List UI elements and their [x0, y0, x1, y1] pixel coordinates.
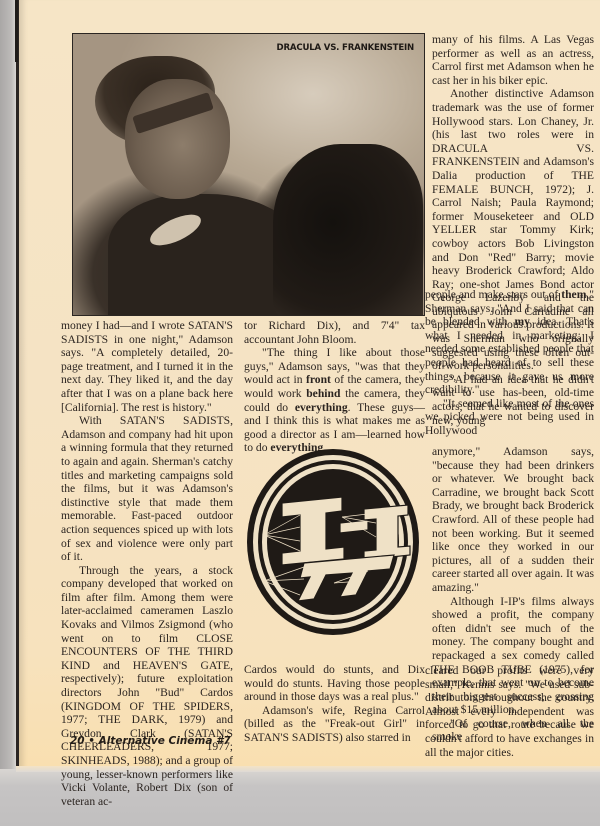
binding-edge [15, 0, 18, 62]
middle-column-bottom: Cardos would do stunts, and Dix would do… [244, 663, 425, 745]
paragraph: "The thing I like about those guys," Ada… [244, 346, 425, 455]
photo-figure-face [125, 79, 230, 199]
paragraph: "It seemed like most of the ones we pick… [425, 397, 594, 438]
right-column-bottom: cleared our profits were very small," Ke… [425, 664, 594, 759]
photo-fur-creature [273, 144, 423, 316]
paragraph: Cardos would do stunts, and Dix would do… [244, 663, 425, 704]
emphasis: them [561, 288, 586, 301]
photo-caption: DRACULA VS. FRANKENSTEIN [277, 43, 414, 53]
paragraph: people and make stars out of them," Sher… [425, 288, 594, 397]
paragraph: many of his films. A Las Vegas performer… [432, 33, 594, 87]
paragraph: anymore," Adamson says, "because they ha… [432, 445, 594, 595]
paragraph: With SATAN'S SADISTS, Adamson and compan… [61, 414, 233, 564]
paragraph: money I had—and I wrote SATAN'S SADISTS … [61, 319, 233, 414]
publication-title: Alternative Cinema #7 [99, 735, 231, 747]
page-number: 20 [70, 735, 85, 747]
text-run: people and make stars out of [425, 288, 561, 301]
emphasis: behind [306, 387, 340, 400]
i-ip-logo [244, 445, 422, 640]
scan-background-left [0, 0, 16, 826]
film-still-photo: DRACULA VS. FRANKENSTEIN [72, 33, 425, 316]
paragraph: Through the years, a stock company devel… [61, 564, 233, 809]
emphasis: front [306, 373, 331, 386]
right-column-wide: people and make stars out of them," Sher… [425, 288, 594, 438]
logo-emblem-icon [244, 445, 422, 640]
middle-column-top: tor Richard Dix), and 7'4" tax accountan… [244, 319, 425, 455]
paragraph: tor Richard Dix), and 7'4" tax accountan… [244, 319, 425, 346]
emphasis: my [515, 315, 530, 328]
paragraph: cleared our profits were very small," Ke… [425, 664, 594, 759]
emphasis: everything [295, 401, 348, 414]
page-footer: 20 • Alternative Cinema #7 [70, 735, 231, 747]
footer-separator: • [88, 735, 95, 747]
paragraph: Adamson's wife, Regina Carrol (billed as… [244, 704, 425, 745]
